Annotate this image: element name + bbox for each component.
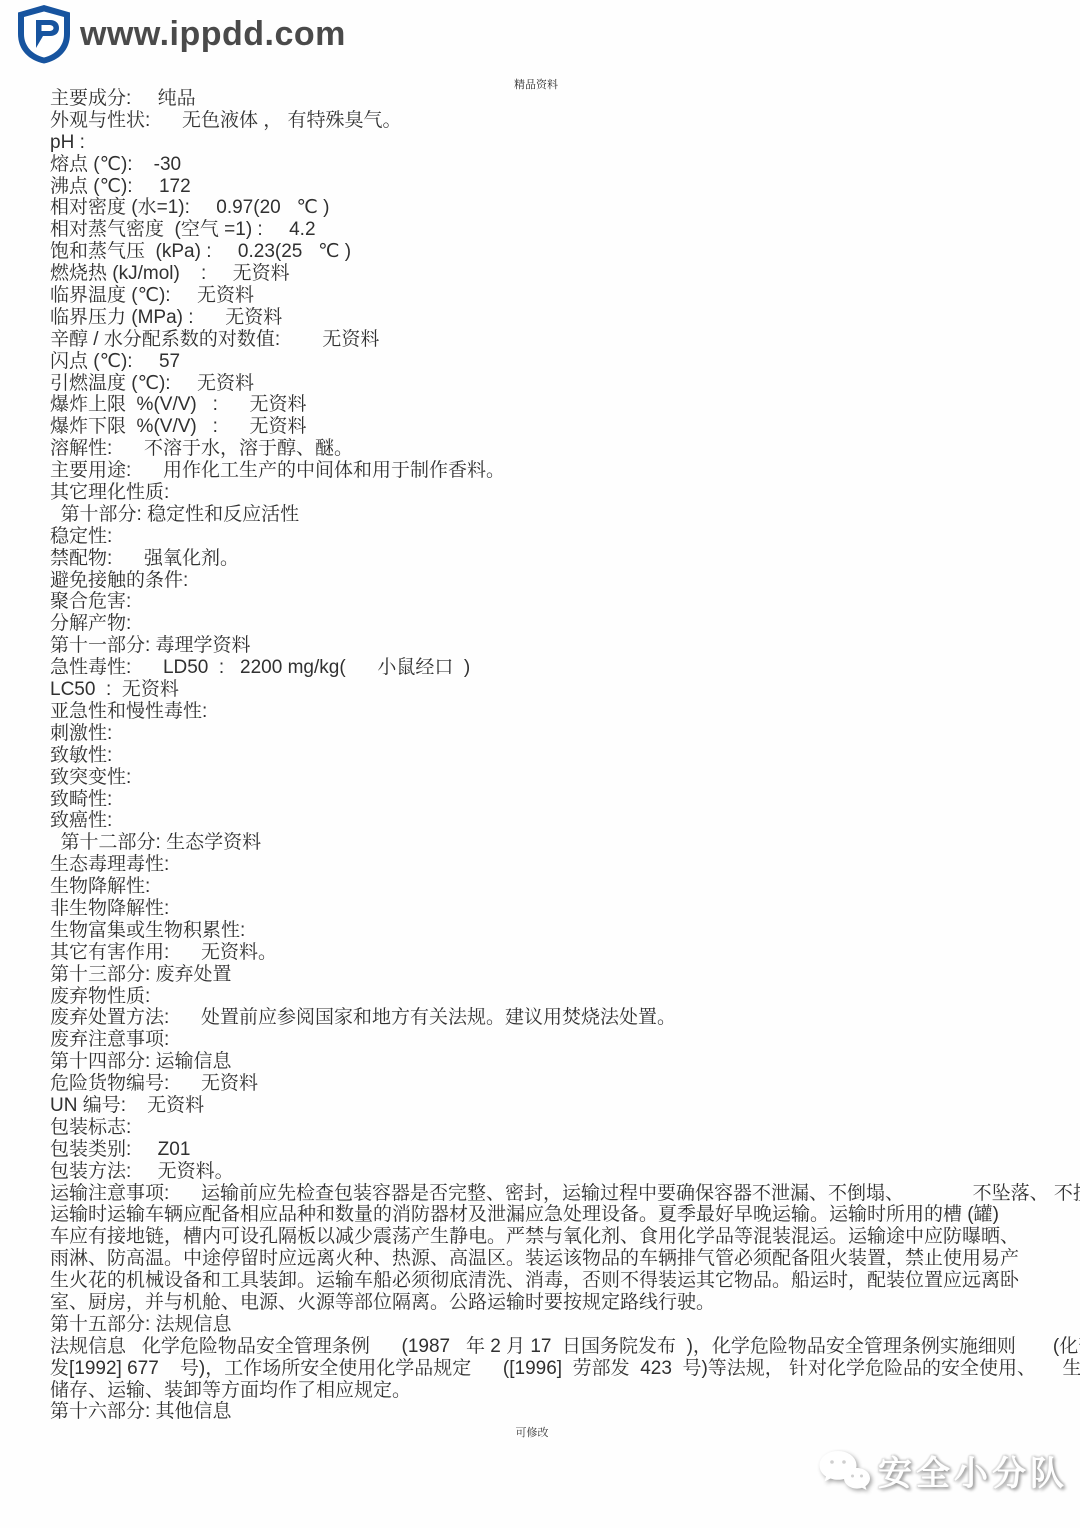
document-line: 禁配物: 强氧化剂。 [50,548,1072,570]
document-line: 其它有害作用: 无资料。 [50,942,1072,964]
document-line: 生物富集或生物积累性: [50,920,1072,942]
document-line: 避免接触的条件: [50,570,1072,592]
document-line: LC50 : 无资料 [50,679,1072,701]
document-line: 包装方法: 无资料。 [50,1161,1072,1183]
document-line: 第十部分: 稳定性和反应活性 [50,504,1072,526]
document-line: 废弃注意事项: [50,1029,1072,1051]
document-line: 第十三部分: 废弃处置 [50,964,1072,986]
document-line: 闪点 (℃): 57 [50,351,1072,373]
document-line: 生态毒理毒性: [50,854,1072,876]
document-line: 致突变性: [50,767,1072,789]
watermark-bottom: 可修改 [0,1424,1064,1440]
site-header: www.ippdd.com [16,4,346,64]
document-line: 急性毒性: LD50 : 2200 mg/kg( 小鼠经口 ) [50,657,1072,679]
document-line: 相对蒸气密度 (空气 =1) : 4.2 [50,219,1072,241]
document-line: 分解产物: [50,613,1072,635]
document-line: 其它理化性质: [50,482,1072,504]
document-line: 第十四部分: 运输信息 [50,1051,1072,1073]
document-line: 溶解性: 不溶于水，溶于醇、醚。 [50,438,1072,460]
document-line: 主要成分: 纯品 [50,88,1072,110]
document-line: pH : [50,132,1072,154]
document-line: 法规信息 化学危险物品安全管理条例 (1987 年 2 月 17 日国务院发布 … [50,1336,1072,1358]
footer-watermark-label: 安全小分队 [878,1446,1068,1495]
document-line: 亚急性和慢性毒性: [50,701,1072,723]
document-line: 发[1992] 677 号)，工作场所安全使用化学品规定 ([1996] 劳部发… [50,1358,1072,1380]
document-line: 生物降解性: [50,876,1072,898]
document-line: 包装标志: [50,1117,1072,1139]
document-line: 生火花的机械设备和工具装卸。运输车船必须彻底清洗、消毒，否则不得装运其它物品。船… [50,1270,1072,1292]
document-line: 致敏性: [50,745,1072,767]
document-line: 废弃物性质: [50,986,1072,1008]
document-line: 刺激性: [50,723,1072,745]
document-line: 包装类别: Z01 [50,1139,1072,1161]
document-line: 致畸性: [50,789,1072,811]
document-page: www.ippdd.com 精品资料 主要成分: 纯品外观与性状: 无色液体 ，… [0,0,1080,1528]
document-line: 外观与性状: 无色液体 ， 有特殊臭气。 [50,110,1072,132]
document-line: 运输注意事项: 运输前应先检查包装容器是否完整、密封，运输过程中要确保容器不泄漏… [50,1183,1072,1205]
document-line: 主要用途: 用作化工生产的中间体和用于制作香料。 [50,460,1072,482]
document-line: 燃烧热 (kJ/mol) : 无资料 [50,263,1072,285]
document-line: 储存、运输、装卸等方面均作了相应规定。 [50,1380,1072,1402]
document-line: 危险货物编号: 无资料 [50,1073,1072,1095]
document-line: 饱和蒸气压 (kPa) : 0.23(25 ℃ ) [50,241,1072,263]
document-line: 车应有接地链，槽内可设孔隔板以减少震荡产生静电。严禁与氧化剂、食用化学品等混装混… [50,1226,1072,1248]
document-line: 临界温度 (℃): 无资料 [50,285,1072,307]
document-line: 引燃温度 (℃): 无资料 [50,373,1072,395]
document-line: 雨淋、防高温。中途停留时应远离火种、热源、高温区。装运该物品的车辆排气管必须配备… [50,1248,1072,1270]
wechat-icon [816,1448,872,1494]
document-line: 爆炸下限 %(V/V) : 无资料 [50,416,1072,438]
document-line: 辛醇 / 水分配系数的对数值: 无资料 [50,329,1072,351]
document-line: 废弃处置方法: 处置前应参阅国家和地方有关法规。建议用焚烧法处置。 [50,1007,1072,1029]
document-line: 第十一部分: 毒理学资料 [50,635,1072,657]
document-line: 沸点 (℃): 172 [50,176,1072,198]
document-line: 聚合危害: [50,591,1072,613]
document-line: 室、厨房，并与机舱、电源、火源等部位隔离。公路运输时要按规定路线行驶。 [50,1292,1072,1314]
document-line: 运输时运输车辆应配备相应品种和数量的消防器材及泄漏应急处理设备。夏季最好早晚运输… [50,1204,1072,1226]
document-line: 熔点 (℃): -30 [50,154,1072,176]
document-line: 第十五部分: 法规信息 [50,1314,1072,1336]
document-line: 第十六部分: 其他信息 [50,1401,1072,1423]
site-url[interactable]: www.ippdd.com [80,15,346,54]
document-line: 第十二部分: 生态学资料 [50,832,1072,854]
document-line: 致癌性: [50,810,1072,832]
document-line: 非生物降解性: [50,898,1072,920]
footer-watermark: 安全小分队 [816,1446,1068,1495]
shield-p-icon [16,4,72,64]
document-body: 主要成分: 纯品外观与性状: 无色液体 ， 有特殊臭气。pH :熔点 (℃): … [50,88,1072,1423]
document-line: 临界压力 (MPa) : 无资料 [50,307,1072,329]
document-line: 稳定性: [50,526,1072,548]
document-line: 相对密度 (水=1): 0.97(20 ℃ ) [50,197,1072,219]
document-line: UN 编号: 无资料 [50,1095,1072,1117]
document-line: 爆炸上限 %(V/V) : 无资料 [50,394,1072,416]
